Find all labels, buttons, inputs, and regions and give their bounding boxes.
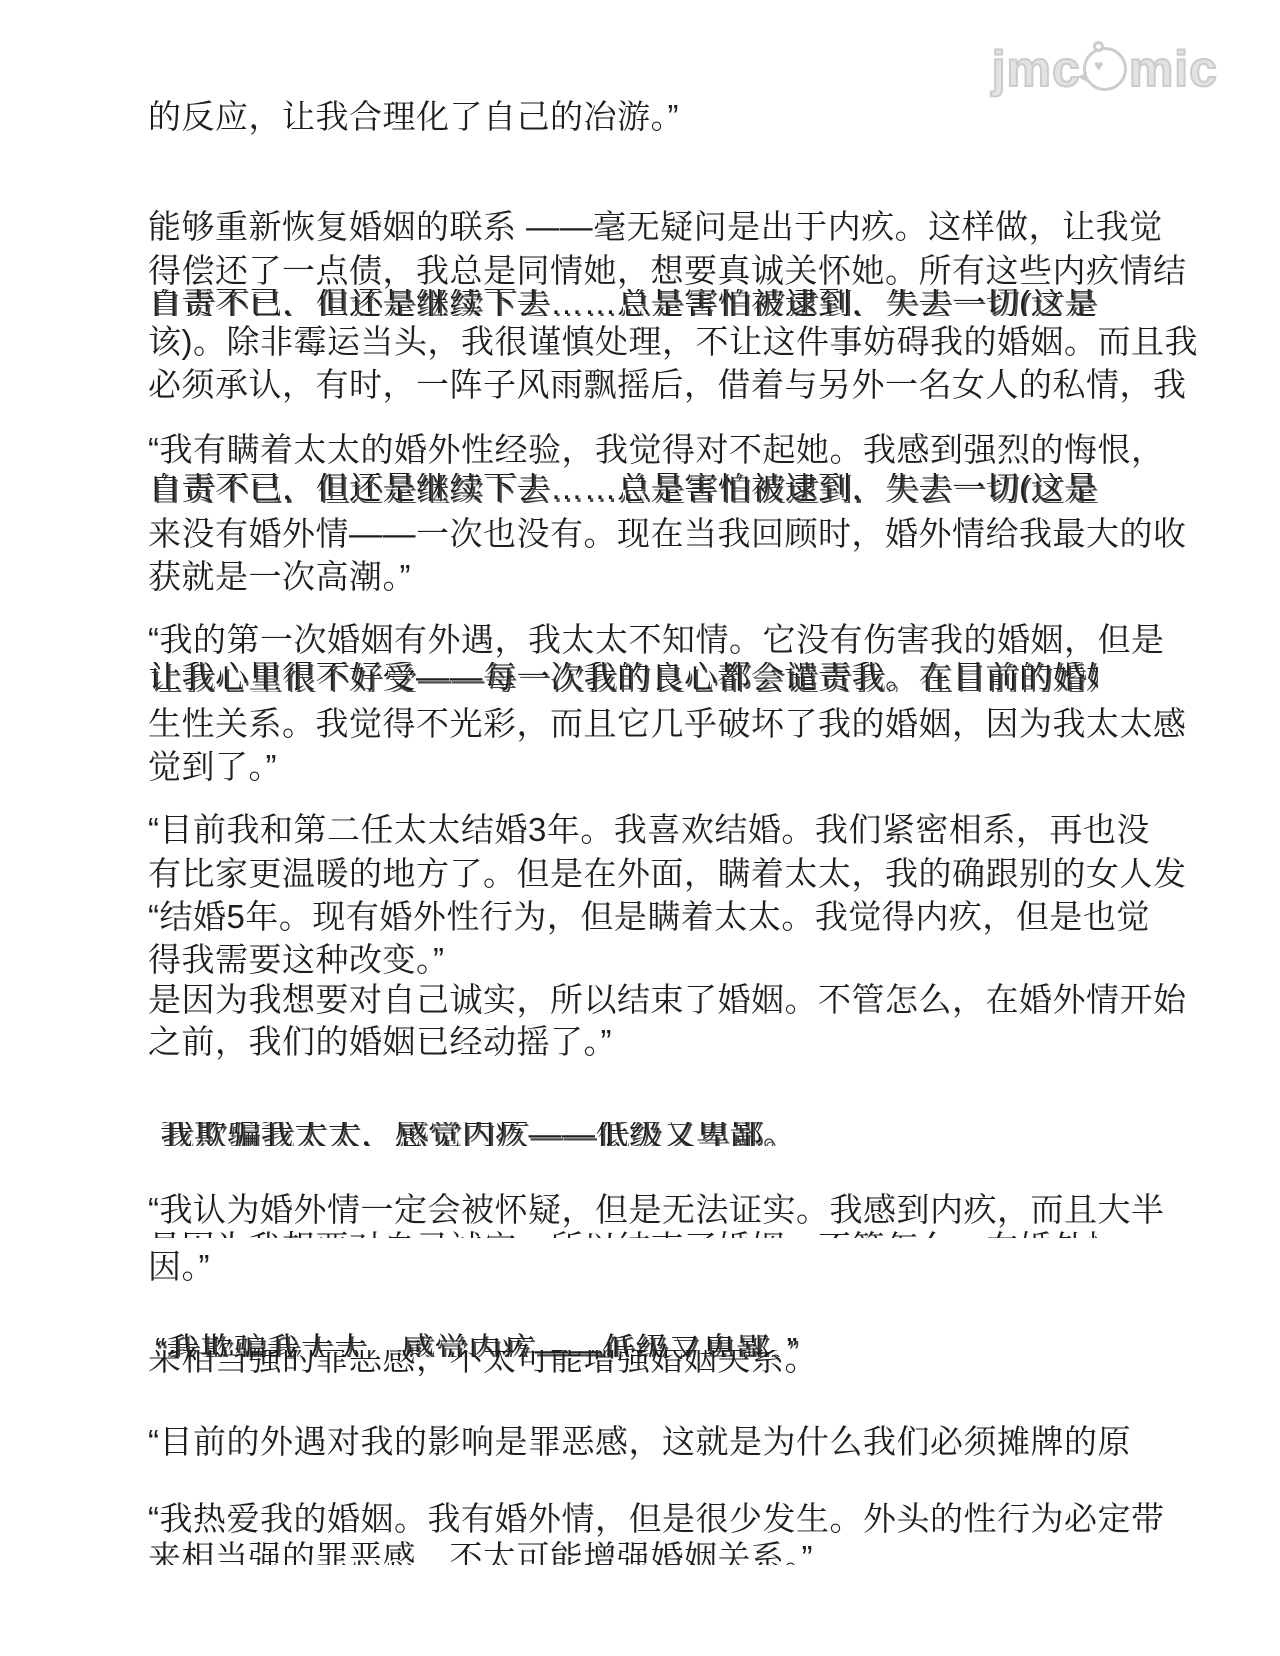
scrambled-text: 自责不已，但还是继续下去……总是害怕被逮到，失去一切(这是我活 — [150, 289, 1098, 316]
mascot-chick-icon: ♥ — [1083, 47, 1127, 91]
scrambled-text: 自责不已，但还是继续下去……总是害怕被逮到，失去一切(这是我活 — [150, 473, 1098, 503]
text-line: “结婚5年。现有婚外性行为，但是瞒着太太。我觉得内疚，但是也觉 — [148, 895, 1150, 939]
text-line: 的反应，让我合理化了自己的冶游。” — [148, 95, 679, 139]
text-line: 得偿还了一点债，我总是同情她，想要真诚关怀她。所有这些内疚情结 — [148, 249, 1187, 293]
logo-text-right: mic — [1129, 44, 1218, 94]
mascot-tuft-icon — [1093, 41, 1104, 52]
text-line: 得我需要这种改变。” — [148, 938, 445, 982]
text-line: 觉到了。” — [148, 745, 277, 789]
text-line: 能够重新恢复婚姻的联系 ——毫无疑问是出于内疚。这样做，让我觉 — [148, 205, 1163, 249]
logo-text-left: jmc — [992, 44, 1081, 94]
text-line: “我认为婚外情一定会被怀疑，但是无法证实。我感到内疚，而且大半 — [148, 1188, 1165, 1232]
scrambled-text: 来相当强的罪恶感，不太可能增强婚姻关系。” — [148, 1541, 813, 1565]
text-line: “我有瞒着太太的婚外性经验，我觉得对不起她。我感到强烈的悔恨， — [148, 428, 1165, 472]
text-line: 获就是一次高潮。” — [148, 555, 411, 599]
scrambled-line: 来相当强的罪恶感，不太可能增强婚姻关系。” — [148, 1541, 1098, 1565]
text-line: 该)。除非霉运当头，我很谨慎处理，不让这件事妨碍我的婚姻。而且我 — [148, 320, 1198, 364]
text-line: 生性关系。我觉得不光彩，而且它几乎破坏了我的婚姻，因为我太太感 — [148, 702, 1187, 746]
scrambled-text: 是因为我想要对自己诚实，所以结束了婚姻。不管怎么，在婚外情开始 — [148, 1231, 1098, 1238]
text-line: 有比家更温暖的地方了。但是在外面，瞒着太太，我的确跟别的女人发 — [148, 852, 1187, 896]
scrambled-text: 我欺骗我太太，感觉内疚——低级又卑鄙。 — [162, 1122, 799, 1146]
jmcomic-logo: jmc ♥ mic — [992, 44, 1218, 94]
scrambled-line: 来相当强的罪恶感，不太可能增强婚姻关系。 — [148, 1350, 1098, 1376]
heart-icon: ♥ — [1094, 59, 1104, 75]
scrambled-line: 是因为我想要对自己诚实，所以结束了婚姻。不管怎么，在婚外情开始 — [148, 1231, 1098, 1238]
scrambled-line: 自责不已，但还是继续下去……总是害怕被逮到，失去一切(这是我活自责不已，但还是继… — [148, 289, 1098, 316]
text-line: “目前我和第二任太太结婚3年。我喜欢结婚。我们紧密相系，再也没 — [148, 808, 1150, 852]
scrambled-text: 来相当强的罪恶感，不太可能增强婚姻关系。 — [148, 1350, 818, 1376]
text-line: 是因为我想要对自己诚实，所以结束了婚姻。不管怎么，在婚外情开始 — [148, 978, 1187, 1022]
comic-text-page: jmc ♥ mic 的反应，让我合理化了自己的冶游。”能够重新恢复婚姻的联系 —… — [0, 0, 1280, 1656]
reader-page: { "brand": { "logo_text_left": "jmc", "l… — [0, 0, 1280, 1656]
mascot-beak-icon — [1078, 72, 1087, 82]
scrambled-line: 让我心里很不好受——每一次我的良心都会谴责我。在目前的婚姻我从让我心里很不好受—… — [148, 662, 1098, 692]
text-line: “我的第一次婚姻有外遇，我太太不知情。它没有伤害我的婚姻，但是 — [148, 618, 1165, 662]
text-line: “目前的外遇对我的影响是罪恶感，这就是为什么我们必须摊牌的原 — [148, 1420, 1131, 1464]
scrambled-text: 让我心里很不好受——每一次我的良心都会谴责我。在目前的婚姻我从 — [150, 662, 1098, 692]
text-line: “我热爱我的婚姻。我有婚外情，但是很少发生。外头的性行为必定带 — [148, 1497, 1165, 1541]
text-line: 必须承认，有时，一阵子风雨飘摇后，借着与另外一名女人的私情，我 — [148, 363, 1187, 407]
scrambled-line: 自责不已，但还是继续下去……总是害怕被逮到，失去一切(这是我活自责不已，但还是继… — [148, 473, 1098, 503]
scrambled-line: 我欺骗我太太，感觉内疚——低级又卑鄙。我欺骗我太太，感觉内疚——低级又卑鄙。 — [160, 1122, 1110, 1146]
text-line: 之前，我们的婚姻已经动摇了。” — [148, 1020, 612, 1064]
text-line: 来没有婚外情——一次也没有。现在当我回顾时，婚外情给我最大的收 — [148, 512, 1187, 556]
text-line: 因。” — [148, 1245, 210, 1289]
